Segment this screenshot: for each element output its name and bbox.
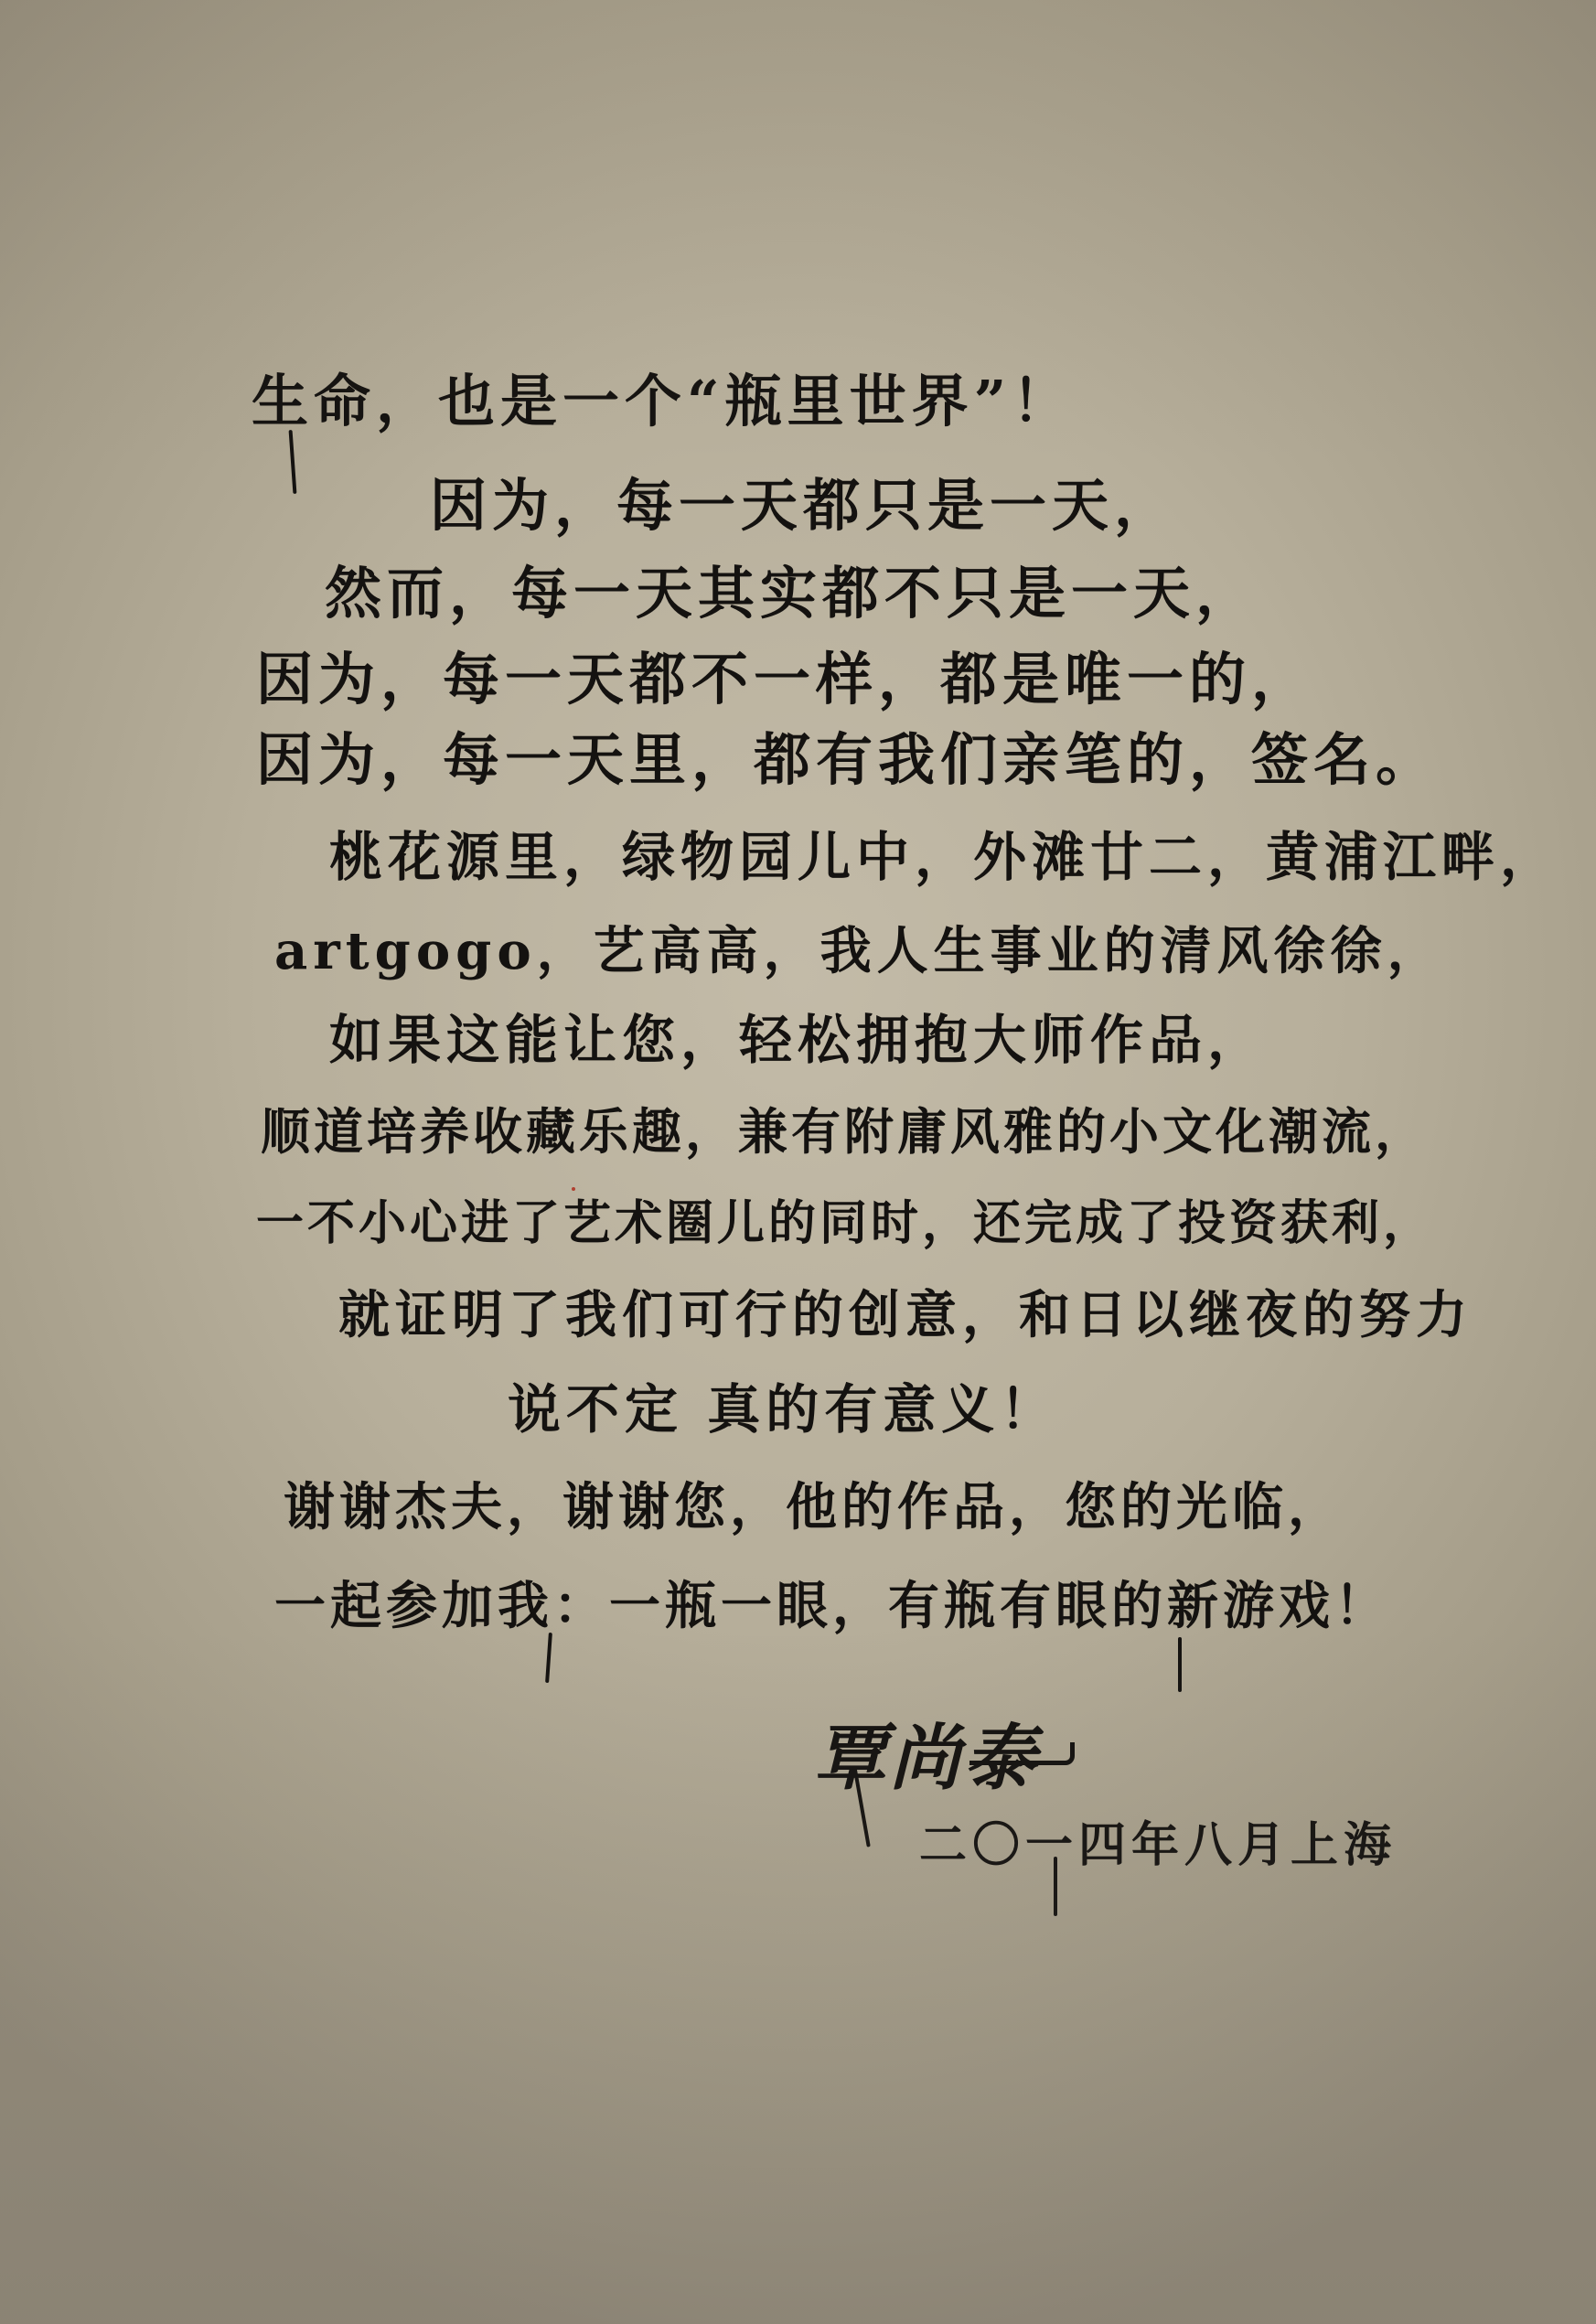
letter-line-7: artgogo，艺高高，我人生事业的清风徐徐，	[274, 926, 1444, 977]
date-stroke	[1054, 1857, 1057, 1916]
letter-line-9: 顺道培养收藏乐趣，兼有附庸风雅的小文化潮流，	[261, 1107, 1428, 1156]
signature-flourish	[969, 1742, 1075, 1765]
letter-line-6: 桃花源里，绿物园儿中，外滩廿二，黄浦江畔，	[329, 830, 1559, 884]
letter-line-13: 谢谢杰夫，谢谢您，他的作品，您的光临，	[284, 1482, 1344, 1533]
letter-line-1: 生命，也是一个“瓶里世界”！	[252, 373, 1074, 430]
letter-line-8: 如果这能让您，轻松拥抱大师作品，	[329, 1013, 1266, 1066]
letter-line-11: 就证明了我们可行的创意，和日以继夜的努力	[338, 1290, 1473, 1341]
letter-paper: 生命，也是一个“瓶里世界”！ 因为，每一天都只是一天， 然而，每一天其实都不只是…	[0, 0, 1596, 2324]
date-place: 二〇一四年八月上海	[919, 1806, 1397, 1875]
ink-stroke	[545, 1633, 552, 1683]
letter-line-14: 一起参加我：一瓶一眼，有瓶有眼的新游戏！	[274, 1580, 1390, 1632]
paper-speck	[572, 1187, 575, 1191]
ink-stroke	[1178, 1637, 1182, 1692]
letter-line-2: 因为，每一天都只是一天，	[430, 477, 1176, 534]
letter-line-12: 说不定 真的有意义！	[508, 1383, 1058, 1436]
letter-line-5: 因为，每一天里，都有我们亲笔的，签名。	[256, 732, 1438, 788]
letter-line-3: 然而，每一天其实都不只是一天，	[325, 565, 1258, 622]
ink-stroke	[289, 430, 297, 494]
letter-line-10: 一不小心进了艺术圈儿的同时，还完成了投资获利，	[256, 1200, 1434, 1248]
letter-line-4: 因为，每一天都不一样，都是唯一的，	[256, 651, 1313, 708]
